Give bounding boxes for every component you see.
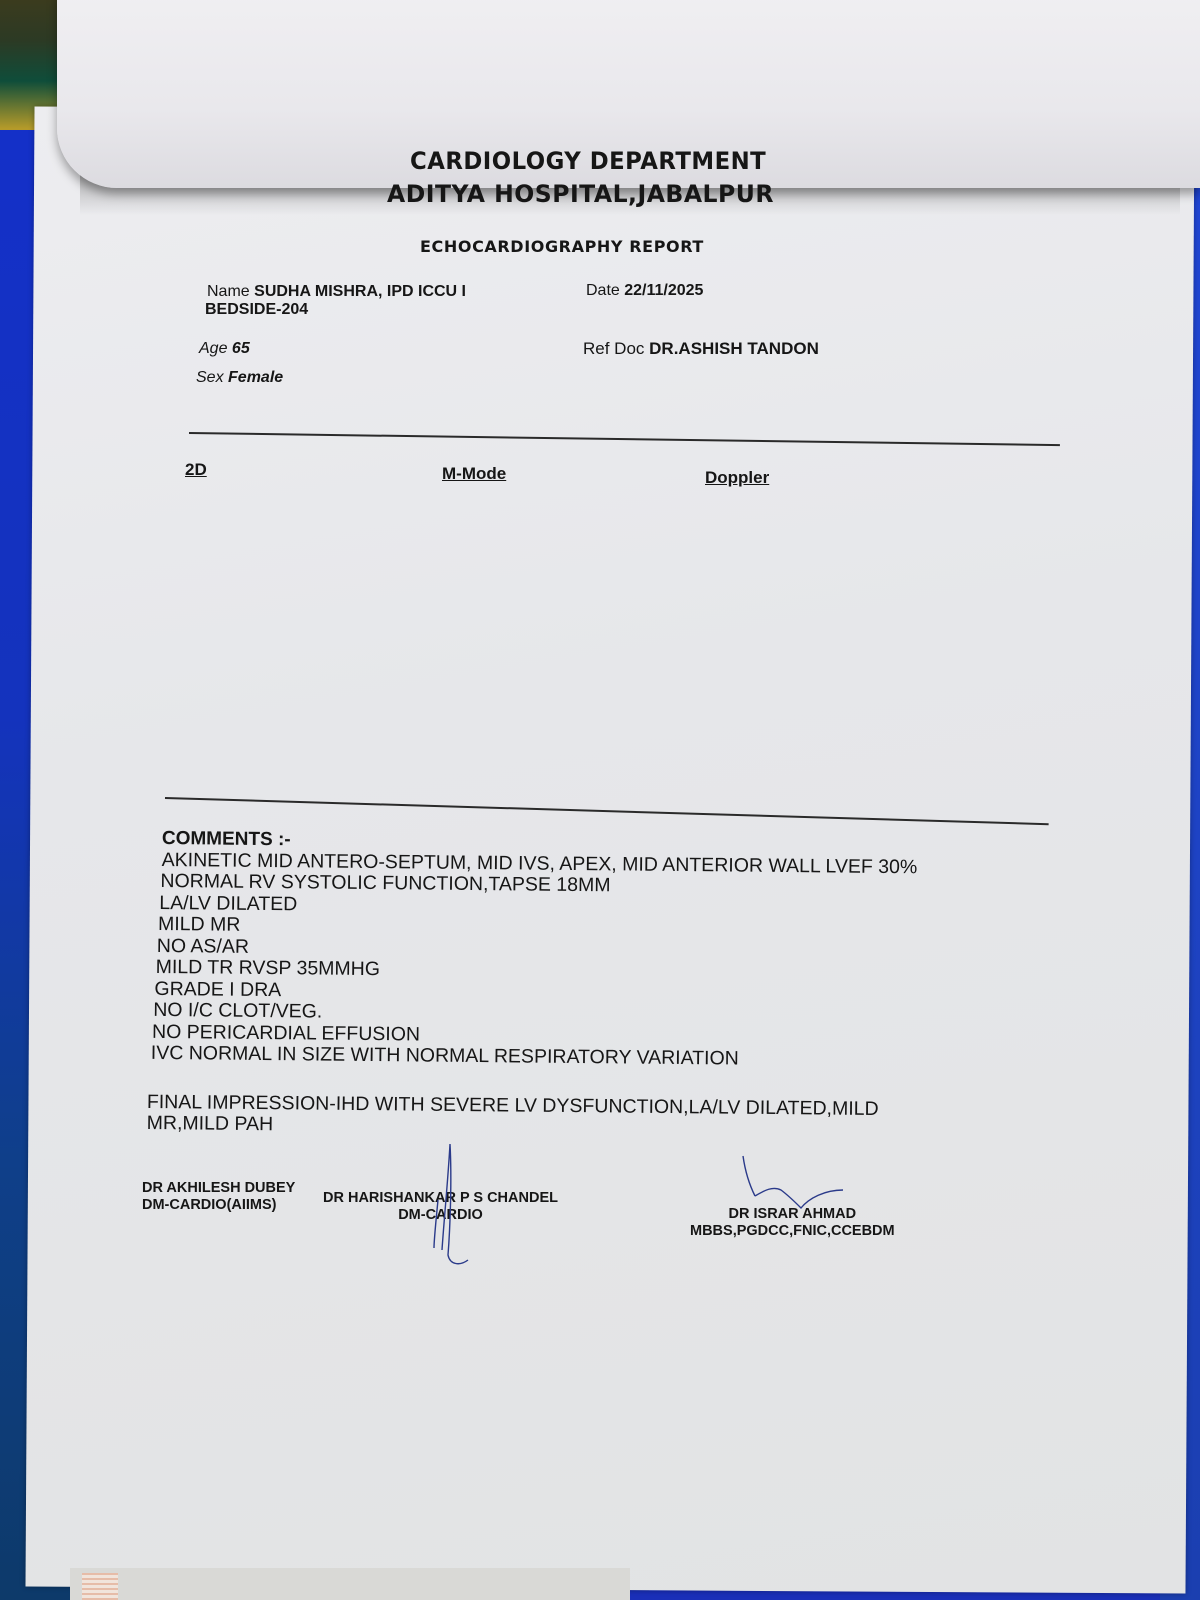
date-value: 22/11/2025 (624, 282, 703, 299)
age-label: Age (199, 340, 227, 357)
section-m-mode: M-Mode (442, 464, 506, 484)
sex-label: Sex (196, 369, 224, 386)
age-field: Age 65 (199, 340, 250, 358)
ref-doc-field: Ref Doc DR.ASHISH TANDON (583, 339, 819, 359)
signatory-name: DR HARISHANKAR P S CHANDEL (323, 1190, 558, 1207)
comments-block: COMMENTS :- AKINETIC MID ANTERO-SEPTUM, … (160, 828, 918, 1072)
signatory-qualification: DM-CARDIO(AIIMS) (142, 1197, 295, 1214)
name-value: SUDHA MISHRA, IPD ICCU I (254, 283, 466, 300)
signatory-name: DR AKHILESH DUBEY (142, 1180, 295, 1197)
name-label: Name (207, 283, 250, 300)
signatory-3: DR ISRAR AHMAD MBBS,PGDCC,FNIC,CCEBDM (690, 1206, 895, 1240)
sex-field: Sex Female (196, 369, 283, 387)
underlying-sheet (70, 1568, 630, 1600)
bed-value: BEDSIDE-204 (205, 301, 308, 318)
ref-doc-label: Ref Doc (583, 339, 644, 358)
patient-name-field: Name SUDHA MISHRA, IPD ICCU I (207, 283, 466, 301)
signatory-2: DR HARISHANKAR P S CHANDEL DM-CARDIO (323, 1190, 558, 1224)
date-field: Date 22/11/2025 (586, 282, 703, 300)
report-title: ECHOCARDIOGRAPHY REPORT (420, 237, 704, 256)
signatory-name: DR ISRAR AHMAD (690, 1206, 895, 1223)
signatory-qualification: MBBS,PGDCC,FNIC,CCEBDM (690, 1223, 895, 1240)
signatory-qualification: DM-CARDIO (323, 1207, 558, 1224)
date-label: Date (586, 282, 620, 299)
patient-bed-field: BEDSIDE-204 (205, 301, 308, 319)
age-value: 65 (232, 340, 250, 357)
ecg-paper-edge (82, 1573, 118, 1600)
hospital-title: ADITYA HOSPITAL,JABALPUR (387, 180, 774, 208)
department-title: CARDIOLOGY DEPARTMENT (410, 147, 766, 175)
final-impression: FINAL IMPRESSION-IHD WITH SEVERE LV DYSF… (147, 1092, 879, 1141)
ref-doc-value: DR.ASHISH TANDON (649, 339, 819, 358)
section-doppler: Doppler (705, 468, 769, 488)
section-2d: 2D (185, 460, 207, 480)
signatory-1: DR AKHILESH DUBEY DM-CARDIO(AIIMS) (142, 1180, 295, 1214)
sex-value: Female (228, 369, 283, 386)
